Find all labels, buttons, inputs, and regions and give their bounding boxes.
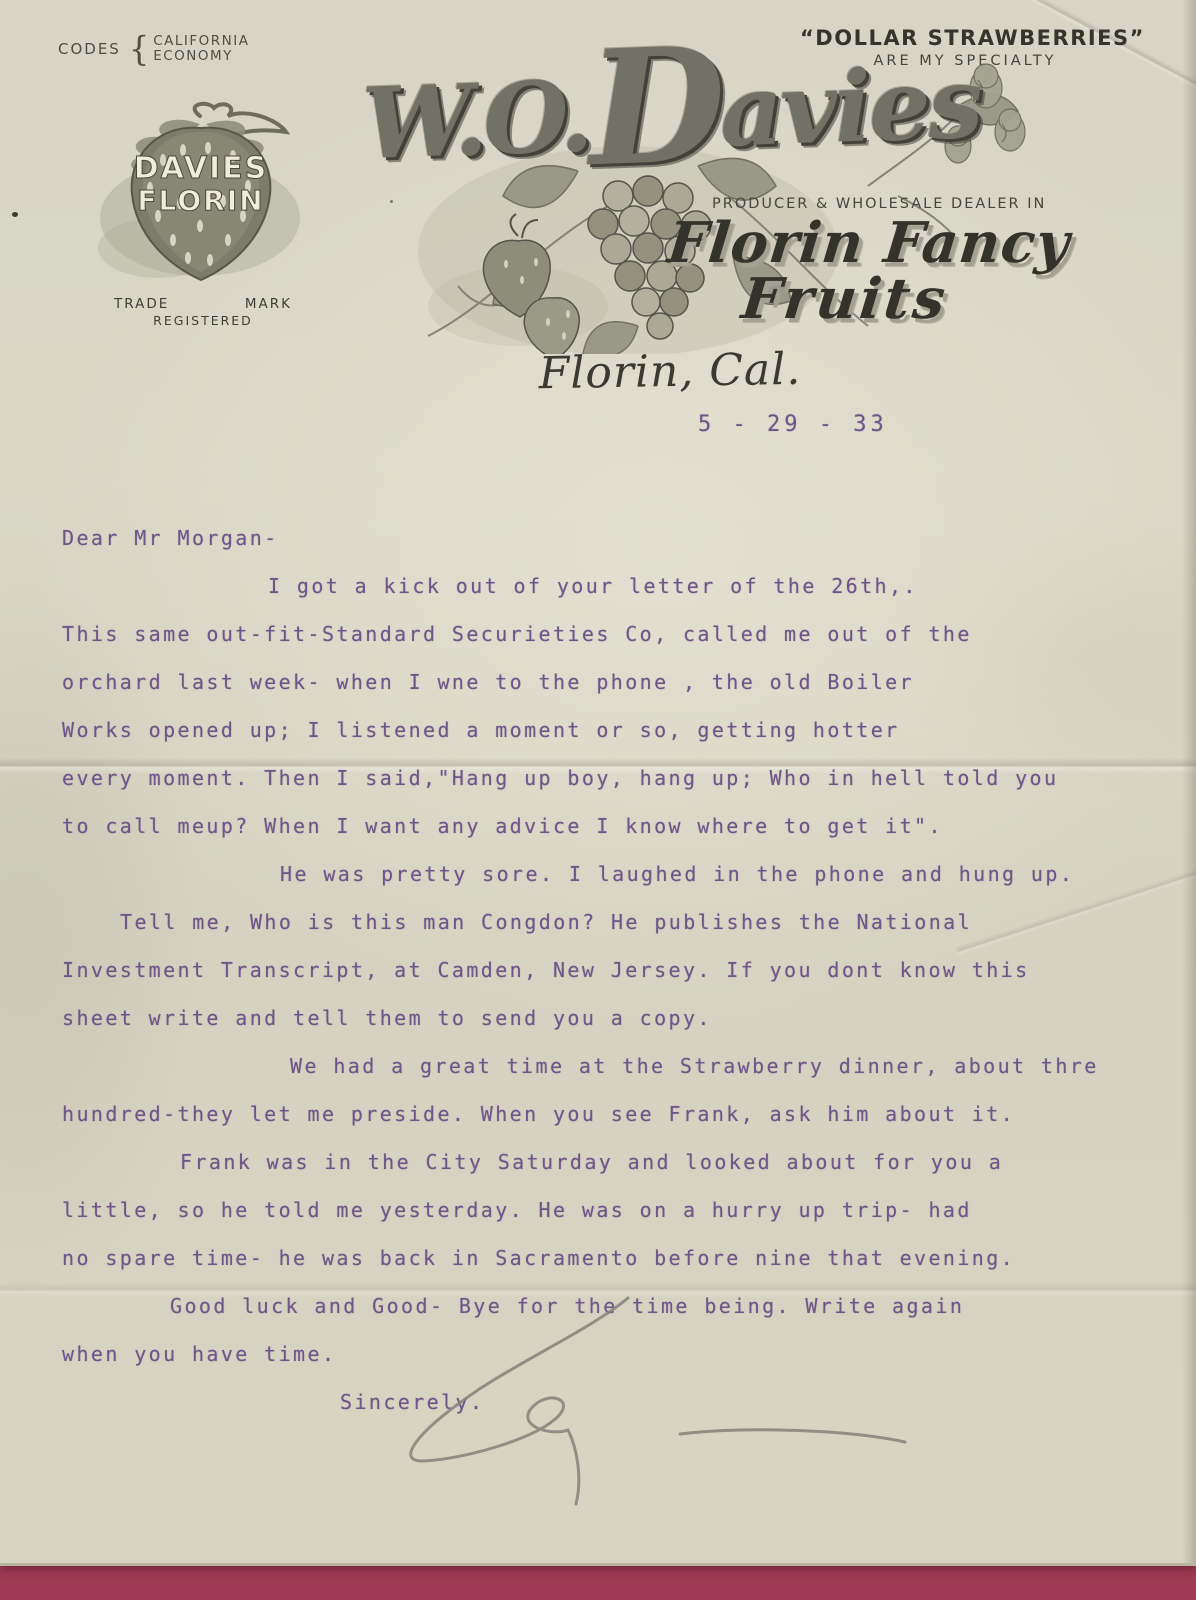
letter-paper: CODES { CALIFORNIA ECONOMY “DOLLAR STRAW… <box>0 0 1196 1563</box>
codes-item-economy: ECONOMY <box>153 49 249 64</box>
letter-line: He was pretty sore. I laughed in the pho… <box>280 850 1142 898</box>
signature-icon <box>330 1280 950 1540</box>
letter-line: every moment. Then I said,"Hang up boy, … <box>62 754 1142 802</box>
trademark-caption-registered: REGISTERED <box>88 313 318 328</box>
company-capital-d: D <box>585 13 722 202</box>
codes-item-california: CALIFORNIA <box>153 34 249 49</box>
letter-lines: I got a kick out of your letter of the 2… <box>62 562 1142 1378</box>
strawberry-logo-icon: DAVIES FLORIN <box>88 98 318 288</box>
place-script: Florin, Cal. <box>520 343 821 399</box>
letter-line: Investment Transcript, at Camden, New Je… <box>62 946 1142 994</box>
letter-line: hundred-they let me preside. When you se… <box>62 1090 1142 1138</box>
letter-line: to call meup? When I want any advice I k… <box>62 802 1142 850</box>
product-line-2: Fruits <box>739 266 952 332</box>
trademark-name-2: FLORIN <box>137 184 264 217</box>
salutation: Dear Mr Morgan- <box>62 514 1142 562</box>
trademark-caption-trade: TRADE <box>114 296 169 312</box>
company-name: W.O.Davies <box>359 3 1005 210</box>
letter-line: Works opened up; I listened a moment or … <box>62 706 1142 754</box>
letter-line: I got a kick out of your letter of the 2… <box>268 562 1142 610</box>
trademark-caption-mark: MARK <box>245 296 292 312</box>
letter-line: We had a great time at the Strawberry di… <box>290 1042 1142 1090</box>
letter-line: Frank was in the City Saturday and looke… <box>180 1138 1142 1186</box>
company-name-rest: avies <box>718 46 982 170</box>
letter-date: 5 - 29 - 33 <box>698 412 888 437</box>
codes-block: CODES { CALIFORNIA ECONOMY <box>58 30 249 68</box>
letter-line: Tell me, Who is this man Congdon? He pub… <box>120 898 1142 946</box>
paper-speck <box>12 212 18 217</box>
codes-label: CODES <box>58 40 121 58</box>
scan-backdrop: CODES { CALIFORNIA ECONOMY “DOLLAR STRAW… <box>0 0 1196 1600</box>
company-initials: W.O. <box>360 59 591 182</box>
letter-line: little, so he told me yesterday. He was … <box>62 1186 1142 1234</box>
corner-crease <box>1025 0 1196 140</box>
trademark-block: DAVIES FLORIN TRADE MARK REGISTERED <box>88 98 318 328</box>
letter-line: orchard last week- when I wne to the pho… <box>62 658 1142 706</box>
letter-line: This same out-fit-Standard Securieties C… <box>62 610 1142 658</box>
letter-line: sheet write and tell them to send you a … <box>62 994 1142 1042</box>
letter-line: no spare time- he was back in Sacramento… <box>62 1234 1142 1282</box>
trademark-captions: TRADE MARK REGISTERED <box>88 296 318 328</box>
brace-glyph: { <box>129 29 149 69</box>
trademark-name-1: DAVIES <box>134 151 269 186</box>
